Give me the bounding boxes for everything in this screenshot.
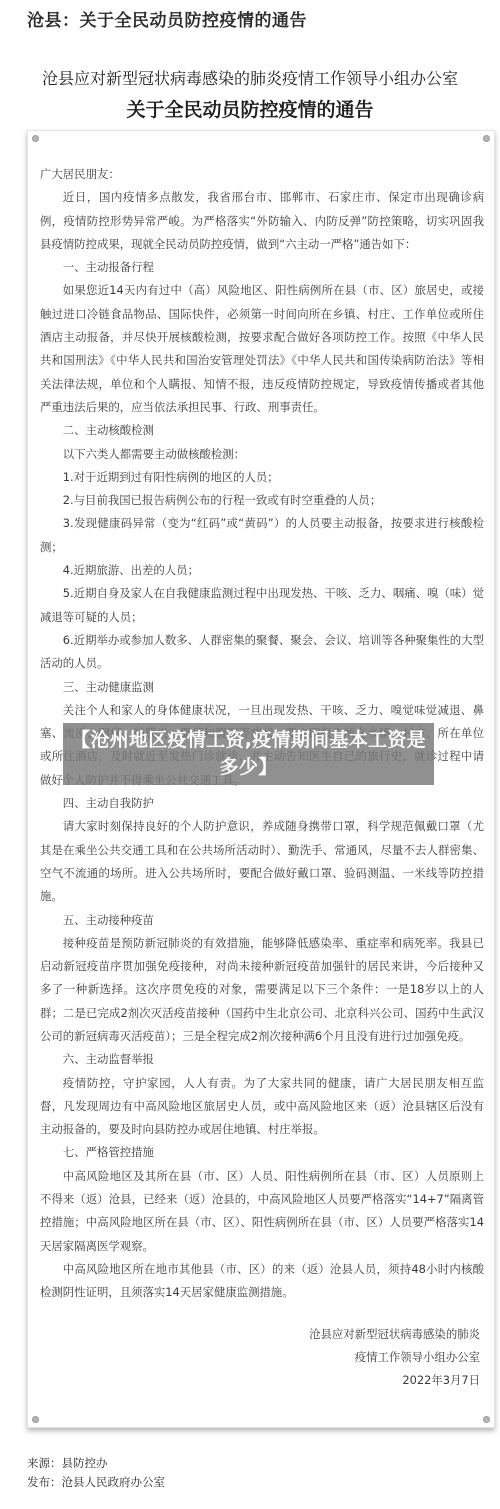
pin-icon xyxy=(32,1416,39,1423)
paragraph: 中高风险地区及其所在县（市、区）人员、阳性病例所在县（市、区）人员原则上不得来（… xyxy=(40,1165,484,1258)
section-heading: 二、主动核酸检测 xyxy=(40,419,484,442)
list-item: 4.近期旅游、出差的人员； xyxy=(40,559,484,582)
paragraph: 疫情防控，守护家园，人人有责。为了大家共同的健康，请广大居民朋友相互监督，凡发现… xyxy=(40,1072,484,1142)
section-heading: 四、主动自我防护 xyxy=(40,792,484,815)
pin-icon xyxy=(483,135,490,142)
list-item: 2.与目前我国已报告病例公布的行程一致或有时空重叠的人员； xyxy=(40,489,484,512)
source-label: 来源：县防控办 xyxy=(27,1454,165,1473)
document-title: 关于全民动员防控疫情的通告 xyxy=(0,95,500,122)
section-heading: 五、主动接种疫苗 xyxy=(40,909,484,932)
paragraph: 中高风险地区所在地市其他县（市、区）的来（返）沧县人员，须持48小时内核酸检测阴… xyxy=(40,1258,484,1305)
list-item: 6.近期举办或参加人数多、人群密集的聚餐、聚会、会议、培训等各种聚集性的大型活动… xyxy=(40,629,484,676)
paragraph: 如果您近14天内有过中（高）风险地区、阳性病例所在县（市、区）旅居史，或接触过进… xyxy=(40,279,484,419)
signature-line: 疫情工作领导小组办公室 xyxy=(309,1346,480,1369)
paragraph: 接种疫苗是预防新冠肺炎的有效措施，能够降低感染率、重症率和病死率。我县已启动新冠… xyxy=(40,932,484,1048)
signature-block: 沧县应对新型冠状病毒感染的肺炎 疫情工作领导小组办公室 2022年3月7日 xyxy=(309,1323,480,1392)
section-heading: 三、主动健康监测 xyxy=(40,676,484,699)
salutation: 广大居民朋友： xyxy=(40,163,484,186)
intro-paragraph: 近日，国内疫情多点散发，我省邢台市、邯郸市、石家庄市、保定市出现确诊病例，疫情防… xyxy=(40,186,484,256)
pin-icon xyxy=(483,1416,490,1423)
section-heading: 一、主动报备行程 xyxy=(40,256,484,279)
paragraph: 以下六类人都需要主动做核酸检测： xyxy=(40,443,484,466)
section-heading: 六、主动监督举报 xyxy=(40,1048,484,1071)
overlay-banner: 【沧州地区疫情工资,疫情期间基本工资是多少】 xyxy=(63,723,434,785)
footer: 来源：县防控办 发布：沧县人民政府办公室 xyxy=(27,1454,165,1492)
paragraph: 请大家时刻保持良好的个人防护意识，养成随身携带口罩，科学规范佩戴口罩（尤其是在乘… xyxy=(40,815,484,908)
section-heading: 七、严格管控措施 xyxy=(40,1141,484,1164)
signature-date: 2022年3月7日 xyxy=(309,1369,480,1392)
document-issuer: 沧县应对新型冠状病毒感染的肺炎疫情工作领导小组办公室 xyxy=(0,66,500,89)
signature-line: 沧县应对新型冠状病毒感染的肺炎 xyxy=(309,1323,480,1346)
pin-icon xyxy=(32,135,39,142)
list-item: 1.对于近期到过有阳性病例的地区的人员； xyxy=(40,466,484,489)
list-item: 5.近期自身及家人在自我健康监测过程中出现发热、干咳、乏力、咽痛、嗅（味）觉减退… xyxy=(40,582,484,629)
list-item: 3.发现健康码异常（变为“红码”或“黄码”）的人员要主动报备，按要求进行核酸检测… xyxy=(40,512,484,559)
page-heading: 沧县：关于全民动员防控疫情的通告 xyxy=(27,6,307,31)
publisher-label: 发布：沧县人民政府办公室 xyxy=(27,1473,165,1492)
